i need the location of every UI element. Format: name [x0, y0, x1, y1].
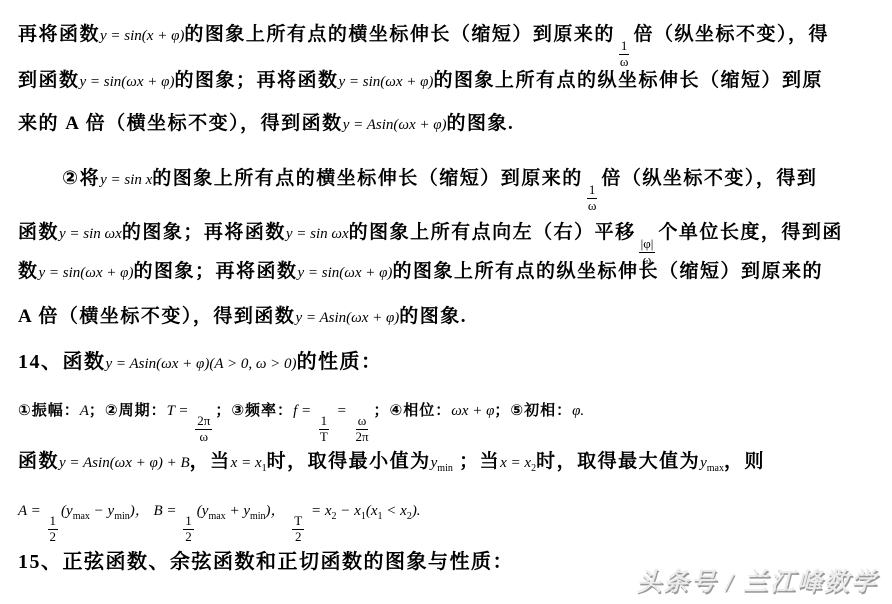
text-run: 到函数 [18, 70, 80, 91]
fraction: 12 [48, 514, 59, 545]
text-run: 来的 A 倍（横坐标不变），得到函数 [18, 113, 343, 134]
math-text: = [307, 503, 325, 519]
math-subscripted: x1 [255, 455, 267, 471]
math-text: y = Asin(ωx + φ) [295, 310, 399, 326]
math-text: y = Asin(ωx + φ)(A > 0, ω > 0) [106, 356, 297, 372]
body-line-2: 到函数y = sin(ωx + φ)的图象；再将函数y = sin(ωx + φ… [18, 68, 823, 95]
math-text: − [90, 503, 108, 519]
text-run: ，则 [724, 451, 765, 472]
text-run: 的图象. [399, 306, 467, 327]
math-text: f = [293, 403, 315, 419]
text-run: 个单位长度，得到函 [658, 222, 843, 243]
math-text: ). [412, 503, 421, 519]
math-text: y = sin(ωx + φ) [39, 265, 134, 281]
watermark: 头条号 / 兰江峰数学 [637, 562, 878, 598]
math-text: = [333, 403, 351, 419]
text-run: 的图象上所有点的横坐标伸长（缩短）到原来的 [152, 168, 583, 189]
text-run: 的性质： [297, 351, 383, 373]
math-subscripted: x2 [400, 503, 412, 519]
math-text: A = [18, 503, 45, 519]
text-run: 的图象. [447, 113, 515, 134]
math-subscripted: ymax [202, 503, 226, 519]
fraction: ω2π [353, 414, 370, 445]
text-run: 函数 [18, 222, 59, 243]
math-text: x = [231, 455, 255, 471]
body-line-1: 再将函数y = sin(x + φ)的图象上所有点的横坐标伸长（缩短）到原来的1… [18, 22, 829, 70]
math-subscripted: ymax [66, 503, 90, 519]
text-run: 再将函数 [18, 24, 100, 45]
math-text: y = Asin(ωx + φ) + B [59, 455, 190, 471]
document-page: 再将函数y = sin(x + φ)的图象上所有点的横坐标伸长（缩短）到原来的1… [0, 0, 892, 604]
math-text: y = sin(ωx + φ) [80, 74, 175, 90]
math-text: y = sin(x + φ) [100, 28, 184, 44]
text-run: 时，取得最大值为 [536, 451, 700, 472]
text-run: ；当 [453, 451, 500, 472]
formula-line: A = 12(ymax − ymin)， B = 12(ymax + ymin)… [18, 498, 421, 545]
math-subscripted: ymin [243, 503, 265, 519]
math-text: A [80, 403, 89, 419]
body-line-4: ②将y = sin x的图象上所有点的横坐标伸长（缩短）到原来的1ω倍（纵坐标不… [62, 166, 817, 214]
body-line-3: 来的 A 倍（横坐标不变），得到函数y = Asin(ωx + φ)的图象. [18, 111, 514, 138]
text-run: ①振幅： [18, 403, 80, 419]
fraction: 1T [318, 414, 330, 445]
math-text: )， B = [130, 503, 181, 519]
fraction: 1ω [618, 39, 631, 70]
text-run: 时，取得最小值为 [267, 451, 431, 472]
fraction: 12 [183, 514, 194, 545]
text-run: 倍（纵坐标不变），得到 [601, 168, 817, 189]
text-run: ；⑤初相： [494, 403, 572, 419]
text-run: ，当 [190, 451, 231, 472]
math-subscripted: ymin [108, 503, 130, 519]
fraction: 2πω [195, 414, 212, 445]
math-text: y = sin(ωx + φ) [297, 265, 392, 281]
math-subscripted: ymin [431, 455, 453, 471]
fraction: T2 [292, 514, 304, 545]
text-run: 的图象上所有点向左（右）平移 [349, 222, 636, 243]
math-text: y = sin x [100, 172, 152, 188]
properties-line: ①振幅：A；②周期：T = 2πω；③频率：f = 1T = ω2π；④相位：ω… [18, 398, 584, 445]
text-run: ；②周期： [89, 403, 167, 419]
text-run: 数 [18, 261, 39, 282]
math-text: T = [167, 403, 193, 419]
math-text: y = sin ωx [59, 226, 122, 242]
heading-15: 15、正弦函数、余弦函数和正切函数的图象与性质： [18, 549, 514, 577]
math-subscripted: ymax [700, 455, 724, 471]
math-text: y = Asin(ωx + φ) [343, 117, 447, 133]
text-run: 的图象上所有点的纵坐标伸长（缩短）到原 [433, 70, 823, 91]
text-run: 函数 [18, 451, 59, 472]
math-text: + [226, 503, 244, 519]
math-text: − [337, 503, 355, 519]
math-subscripted: x2 [524, 455, 536, 471]
text-run: 的图象；再将函数 [133, 261, 297, 282]
math-subscripted: x1 [354, 503, 366, 519]
text-run: 的图象上所有点的横坐标伸长（缩短）到原来的 [184, 24, 615, 45]
text-run: A 倍（横坐标不变），得到函数 [18, 306, 295, 327]
text-run: ；③频率： [215, 403, 293, 419]
math-text: x = [500, 455, 524, 471]
math-text: ωx + φ [451, 403, 494, 419]
math-text: φ. [572, 403, 584, 419]
text-run: 的图象；再将函数 [122, 222, 286, 243]
math-text: y = sin(ωx + φ) [338, 74, 433, 90]
text-run: 的图象上所有点的纵坐标伸长（缩短）到原来的 [392, 261, 823, 282]
body-line-8: 函数y = Asin(ωx + φ) + B，当x = x1时，取得最小值为ym… [18, 449, 765, 476]
math-subscripted: x2 [325, 503, 337, 519]
text-run: 倍（纵坐标不变），得 [633, 24, 829, 45]
math-text: )， [266, 503, 290, 519]
math-subscripted: x1 [371, 503, 383, 519]
math-text: < [383, 503, 401, 519]
text-run: ②将 [62, 168, 100, 189]
text-run: 的图象；再将函数 [174, 70, 338, 91]
body-line-7: A 倍（横坐标不变），得到函数y = Asin(ωx + φ)的图象. [18, 304, 467, 331]
fraction: 1ω [586, 183, 599, 214]
math-text: y = sin ωx [286, 226, 349, 242]
body-line-6: 数y = sin(ωx + φ)的图象；再将函数y = sin(ωx + φ)的… [18, 259, 823, 286]
text-run: 14、函数 [18, 351, 106, 373]
text-run: ；④相位： [374, 403, 452, 419]
text-run: 15、正弦函数、余弦函数和正切函数的图象与性质： [18, 551, 514, 573]
heading-14: 14、函数y = Asin(ωx + φ)(A > 0, ω > 0)的性质： [18, 349, 383, 377]
